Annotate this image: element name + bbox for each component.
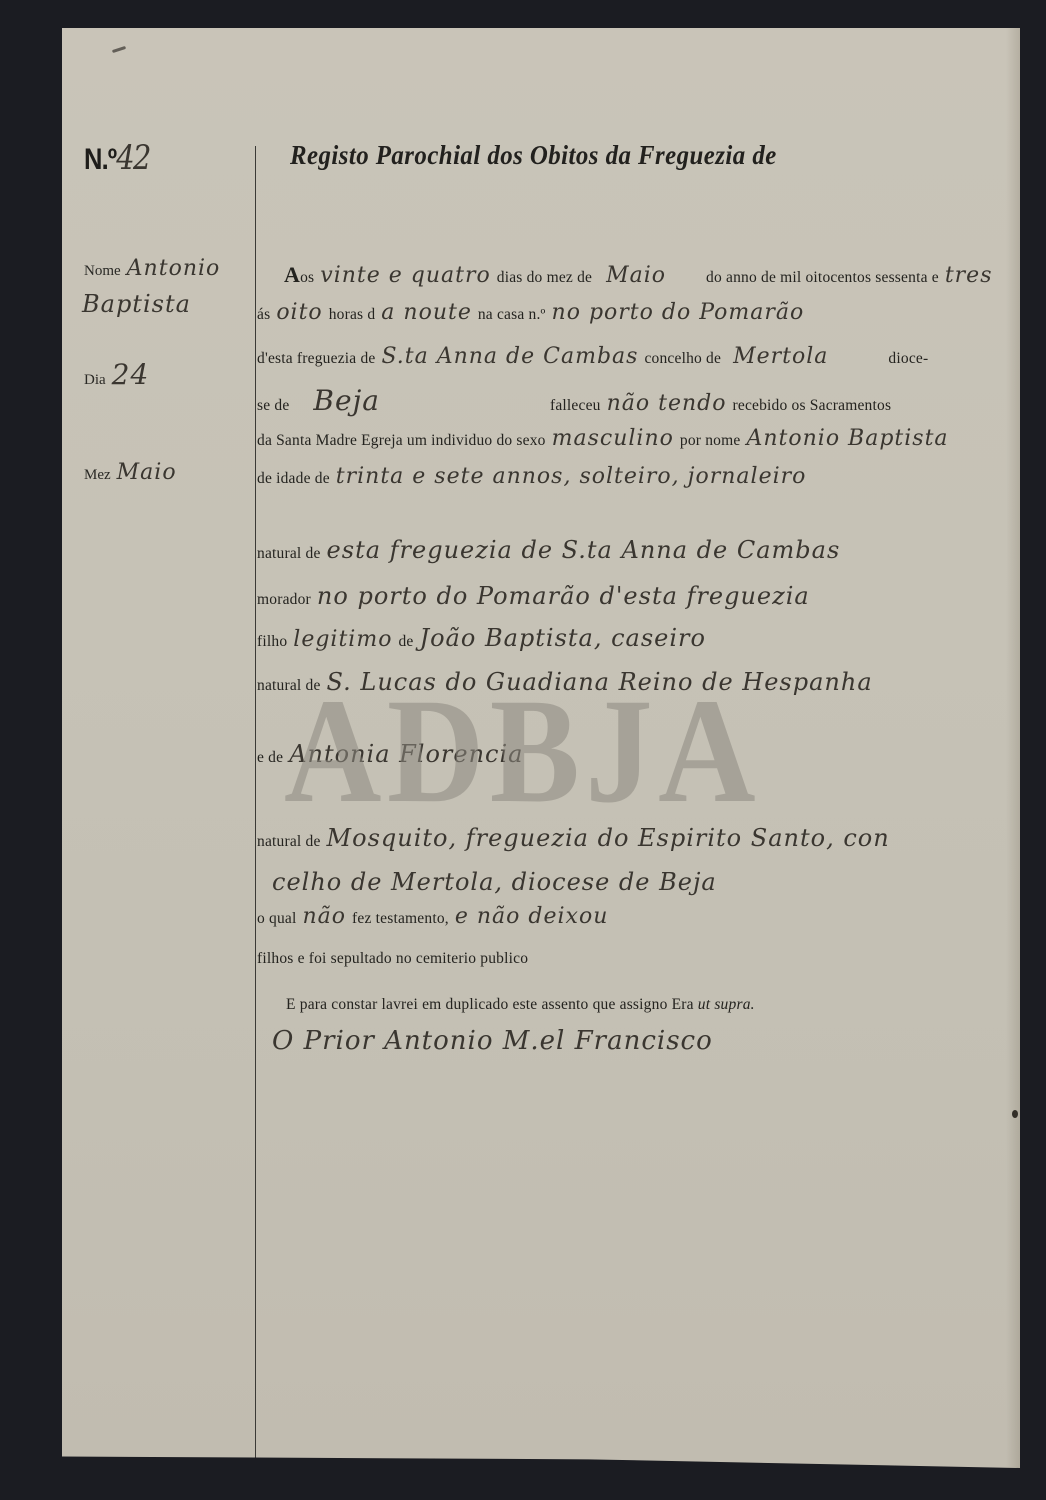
text: e de (257, 749, 283, 766)
handwritten-signature: O Prior Antonio M.el Francisco (272, 1026, 713, 1056)
dia-label: Dia (84, 372, 106, 388)
margin-dia: Dia24 (84, 358, 155, 391)
handwritten-house: no porto do Pomarão (552, 300, 805, 325)
text: fez testamento, (352, 910, 449, 927)
document-title: Registo Parochial dos Obitos da Freguezi… (290, 140, 777, 171)
handwritten-period: a noute (381, 300, 472, 325)
handwritten-mother-birthplace: Mosquito, freguezia do Espirito Santo, c… (327, 824, 890, 852)
line-diocese: se deBejafalleceunão tendorecebido os Sa… (257, 384, 891, 417)
text: E para constar lavrei em duplicado este … (286, 996, 694, 1013)
text: dias do mez de (497, 269, 592, 286)
handwritten-sex: masculino (552, 426, 674, 451)
ink-spot (1012, 1110, 1018, 1118)
text: recebido os Sacramentos (733, 397, 892, 414)
record-number-label: N.º (84, 143, 116, 176)
line-parish: d'esta freguezia deS.ta Anna de Cambasco… (257, 344, 928, 369)
handwritten-year: tres (945, 263, 993, 288)
margin-nome: NomeAntonio (84, 256, 226, 281)
line-mother-origin: natural deMosquito, freguezia do Espirit… (257, 824, 896, 852)
handwritten-testament: não (303, 904, 347, 929)
signature: O Prior Antonio M.el Francisco (272, 1026, 713, 1056)
text: horas d (329, 306, 376, 323)
text: morador (257, 591, 311, 608)
dia-value: 24 (112, 358, 150, 391)
nome-value-first: Antonio (127, 256, 221, 281)
text: o qual (257, 910, 297, 927)
line-burial: filhos e foi sepultado no cemiterio publ… (257, 950, 528, 968)
archive-watermark: ADBJA (284, 676, 761, 826)
line-hour-place: ásoitohoras da noutena casa n.ºno porto … (257, 300, 810, 325)
handwritten-parish: S.ta Anna de Cambas (381, 344, 638, 369)
text: natural de (257, 833, 321, 850)
text: falleceu (550, 397, 601, 414)
handwritten-deceased-name: Antonio Baptista (746, 426, 948, 451)
text: natural de (257, 545, 321, 562)
handwritten-diocese: Beja (313, 384, 380, 417)
nome-value-surname: Baptista (82, 290, 191, 318)
margin-divider-line (255, 146, 256, 1466)
text: se de (257, 397, 289, 414)
handwritten-month: Maio (606, 263, 666, 288)
line-date: Aosvinte e quatrodias do mez deMaiodo an… (284, 262, 998, 288)
document-page: N.º42 Registo Parochial dos Obitos da Fr… (62, 28, 1020, 1468)
text: os (300, 269, 314, 286)
margin-nome-cont: Baptista (76, 290, 197, 318)
line-age: de idade detrinta e sete annos, solteiro… (257, 464, 812, 489)
text: na casa n.º (478, 306, 546, 323)
text: ás (257, 306, 270, 323)
handwritten-age-status: trinta e sete annos, solteiro, jornaleir… (336, 464, 807, 489)
text: d'esta freguezia de (257, 350, 375, 367)
line-sex-name: da Santa Madre Egreja um individuo do se… (257, 426, 955, 451)
text: concelho de (644, 350, 721, 367)
line-closing: E para constar lavrei em duplicado este … (286, 996, 755, 1014)
text: filho (257, 633, 287, 650)
line-testament: o qualnãofez testamento,e não deixou (257, 904, 614, 929)
text: do anno de mil oitocentos sessenta e (706, 269, 939, 286)
handwritten-mother-birthplace-cont: celho de Mertola, diocese de Beja (272, 868, 717, 896)
text: por nome (680, 432, 741, 449)
handwritten-hour: oito (276, 300, 322, 325)
line-natural: natural deesta freguezia de S.ta Anna de… (257, 536, 846, 564)
line-residence: moradorno porto do Pomarão d'esta fregue… (257, 582, 816, 610)
line-father: filholegitimodeJoão Baptista, caseiro (257, 624, 712, 652)
handwritten-father: João Baptista, caseiro (419, 624, 705, 652)
margin-mez: MezMaio (84, 460, 183, 485)
handwritten-residence: no porto do Pomarão d'esta freguezia (317, 582, 810, 610)
text-italic: ut supra. (698, 996, 755, 1013)
text: dioce- (888, 350, 928, 367)
text: da Santa Madre Egreja um individuo do se… (257, 432, 546, 449)
nome-label: Nome (84, 263, 121, 279)
text: filhos e foi sepultado no cemiterio publ… (257, 950, 528, 967)
handwritten-legitimacy: legitimo (293, 627, 392, 652)
handwritten-children: e não deixou (455, 904, 609, 929)
text: de idade de (257, 470, 330, 487)
handwritten-sacrament-status: não tendo (607, 391, 727, 416)
record-number: N.º42 (84, 138, 150, 178)
mez-label: Mez (84, 467, 111, 483)
handwritten-birthplace: esta freguezia de S.ta Anna de Cambas (327, 536, 841, 564)
mez-value: Maio (117, 460, 177, 485)
ink-mark (112, 46, 126, 53)
record-number-value: 42 (116, 138, 149, 178)
line-mother-origin-cont: celho de Mertola, diocese de Beja (272, 868, 717, 896)
handwritten-county: Mertola (733, 344, 828, 369)
lead-letter: A (284, 262, 300, 287)
text: de (398, 633, 413, 650)
handwritten-day: vinte e quatro (320, 263, 490, 288)
